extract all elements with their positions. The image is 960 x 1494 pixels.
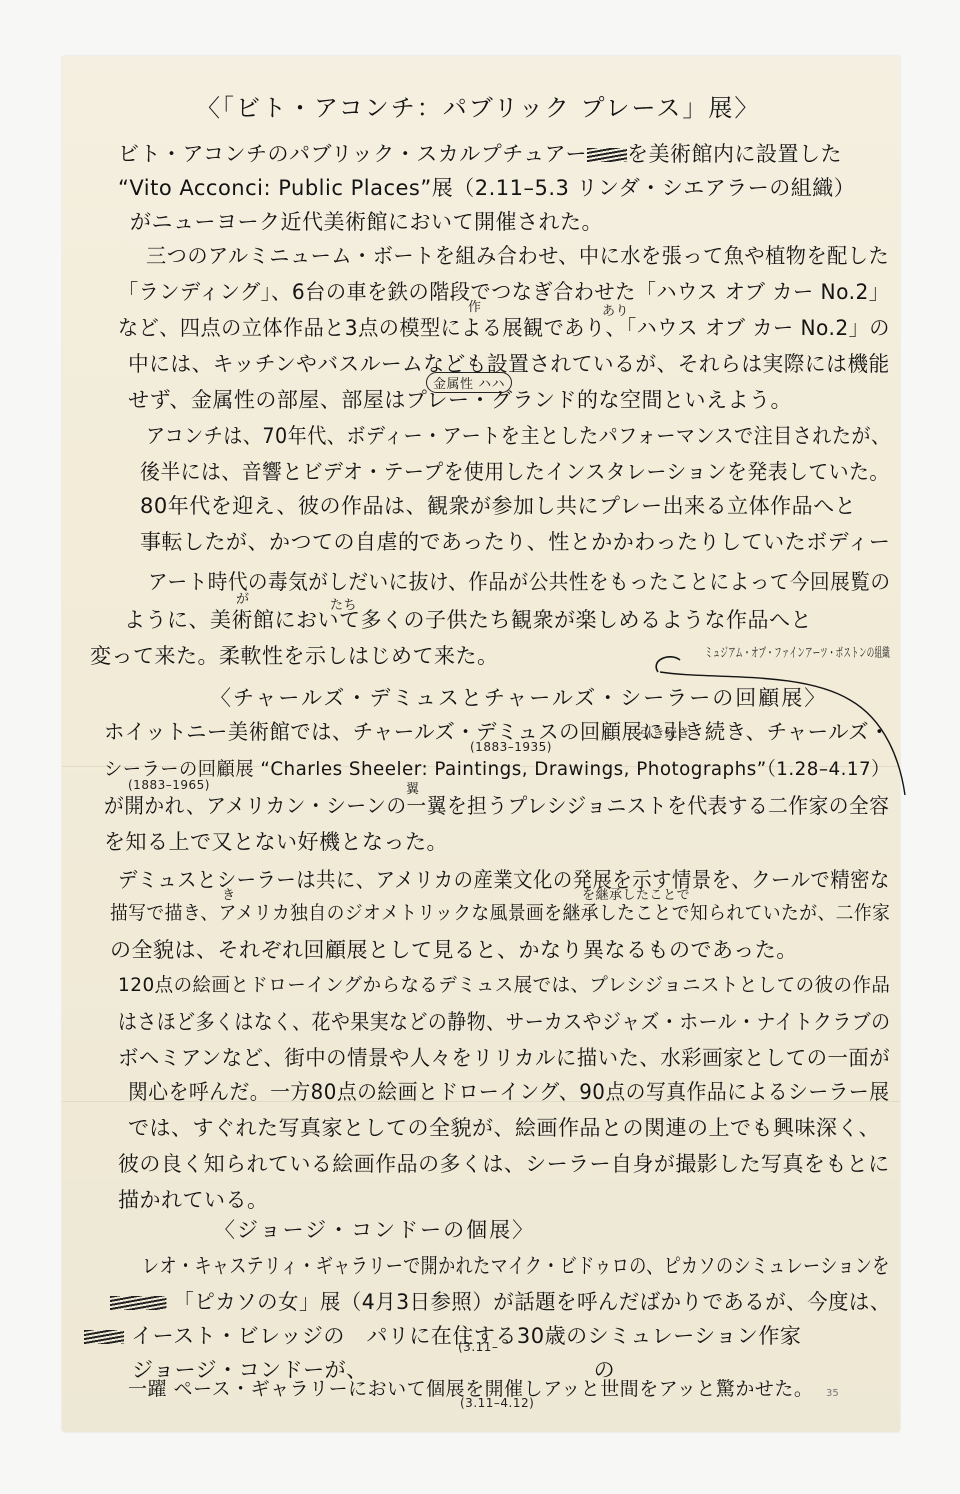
manuscript-line: せず、金属性の部屋、部屋はプレー・グランド的な空間といえよう。: [128, 384, 792, 414]
manuscript-line: の全貌は、それぞれ回顧展として見ると、かなり異なるものであった。: [110, 934, 798, 964]
manuscript-line: ように、美術館において多くの子供たち観衆が楽しめるような作品へと: [124, 604, 812, 634]
manuscript-line: ボヘミアンなど、街中の情景や人々をリリカルに描いた、水彩画家としての一面が: [118, 1042, 890, 1072]
manuscript-line: 変って来た。柔軟性を示しはじめて来た。: [90, 640, 499, 670]
section-heading-demuth-sheeler: 〈チャールズ・デミュスとチャールズ・シーラーの回顧展〉: [210, 682, 827, 712]
manuscript-line: レオ・キャステリィ・ギャラリーで開かれたマイク・ビドゥロの、ピカソのシミュレーシ…: [142, 1250, 890, 1280]
date-annotation: (3.11–4.12): [460, 1396, 534, 1410]
manuscript-line: 三つのアルミニューム・ボートを組み合わせ、中に水を張って魚や植物を配した: [146, 240, 889, 270]
insertion-annotation: 引き続き: [640, 724, 690, 741]
manuscript-line: が開かれ、アメリカン・シーンの一翼を担うプレシジョニストを代表する二作家の全容: [104, 790, 889, 820]
manuscript-line: 彼の良く知られている絵画作品の多くは、シーラー自身が撮影した写真をもとに: [118, 1148, 890, 1178]
manuscript-line: 描写で描き、アメリカ独自のジオメトリックな風景画を継承したことで知られていたが、…: [110, 898, 890, 925]
strikethrough-scribble: [84, 1330, 124, 1344]
manuscript-line: 中には、キッチンやバスルームなども設置されているが、それらは実際には機能: [128, 348, 890, 378]
manuscript-line: はさほど多くはなく、花や果実などの静物、サーカスやジャズ・ホール・ナイトクラブの: [118, 1006, 891, 1036]
manuscript-line: など、四点の立体作品と3点の模型による展観であり、「ハウス オブ カー No.2…: [118, 312, 890, 342]
manuscript-line: “Vito Acconci: Public Places”展（2.11–5.3 …: [118, 172, 855, 202]
manuscript-line: 後半には、音響とビデオ・テープを使用したインスタレーションを発表していた。: [140, 456, 890, 486]
manuscript-text: を美術館内に設置した: [627, 142, 842, 166]
manuscript-text: ビト・アコンチのパブリック・スカルプチュアー: [118, 142, 587, 166]
date-annotation: (1883–1935): [470, 740, 552, 754]
manuscript-line: シーラーの回顧展 “Charles Sheeler: Paintings, Dr…: [104, 754, 890, 781]
manuscript-line: 関心を呼んだ。一方80点の絵画とドローイング、90点の写真作品によるシーラー展: [128, 1076, 890, 1106]
manuscript-line: を知る上で又とない好機となった。: [104, 826, 448, 856]
manuscript-line: 事転したが、かつての自虐的であったり、性とかかわったりしていたボディー: [140, 526, 890, 556]
manuscript-line: アコンチは、70年代、ボディー・アートを主としたパフォーマンスで注目されたが、: [146, 420, 891, 450]
section-heading-acconci: 〈「ビト・アコンチ：パブリック プレース」展〉: [196, 88, 760, 123]
manuscript-line: イースト・ビレッジの パリに在住する30歳のシミュレーション作家: [84, 1320, 801, 1350]
manuscript-line: がニューヨーク近代美術館において開催された。: [130, 206, 603, 236]
section-heading-condo: 〈ジョージ・コンドーの個展〉: [214, 1214, 535, 1244]
strikethrough-scribble: [587, 148, 627, 162]
manuscript-text: 「ピカソの女」展（4月3日参照）が話題を呼んだばかりであるが、今度は、: [173, 1290, 890, 1314]
manuscript-line: 描かれている。: [118, 1184, 269, 1214]
strikethrough-scribble: [110, 1296, 166, 1310]
page-mark: 35: [826, 1388, 839, 1399]
manuscript-line: では、すぐれた写真家としての全貌が、絵画作品との関連の上でも興味深く、: [128, 1112, 880, 1142]
manuscript-line: 「ランディング」、6台の車を鉄の階段でつなぎ合わせた「ハウス オブ カー No.…: [118, 276, 889, 306]
date-annotation: (3.11–: [458, 1340, 498, 1354]
manuscript-line: ビト・アコンチのパブリック・スカルプチュアーを美術館内に設置した: [118, 138, 842, 168]
manuscript-line: 120点の絵画とドローイングからなるデミュス展では、プレシジョニストとしての彼の…: [118, 970, 890, 997]
manuscript-line: アート時代の毒気がしだいに抜け、作品が公共性をもったことによって今回展覧の: [148, 566, 890, 596]
manuscript-line: 80年代を迎え、彼の作品は、観衆が参加し共にプレー出来る立体作品へと: [140, 490, 856, 520]
manuscript-line: 「ピカソの女」展（4月3日参照）が話題を呼んだばかりであるが、今度は、: [110, 1286, 891, 1316]
